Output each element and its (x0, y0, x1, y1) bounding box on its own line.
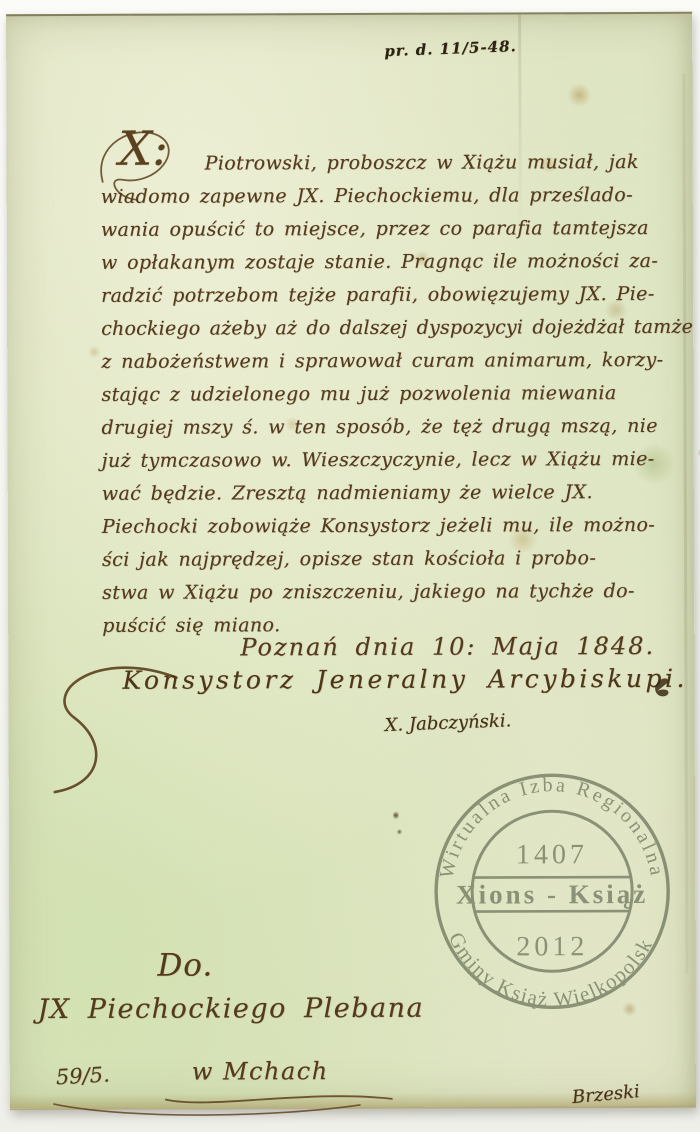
handwritten-line: z nabożeństwem i sprawował curam animaru… (101, 349, 663, 373)
opening-initial: X: (118, 122, 167, 177)
address-heading: Do. (157, 947, 213, 983)
handwritten-line: stwa w Xiążu po zniszczeniu, jakiego na … (102, 580, 635, 604)
document-scan: pr. d. 11/5-48. X: Piotrowski, proboszcz… (0, 0, 700, 1132)
stamp-place-label: Xions - Książ (456, 879, 648, 910)
clerk-name: Brzeski (571, 1081, 640, 1108)
sender-line: Konsystorz Jeneralny Arcybiskupi. (122, 664, 688, 695)
letter-page: pr. d. 11/5-48. X: Piotrowski, proboszcz… (6, 12, 696, 1110)
stamp-year-1407: 1407 (516, 839, 588, 870)
address-underline (160, 1087, 400, 1112)
received-annotation: pr. d. 11/5-48. (384, 37, 517, 60)
handwritten-line: chockiego ażeby aż do dalszej dyspozycyi… (101, 316, 693, 340)
ink-dot (397, 829, 402, 835)
file-number: 59/5. (55, 1062, 110, 1089)
handwritten-line: wać będzie. Zresztą nadmieniamy że wielc… (102, 481, 593, 505)
fold-crease (682, 74, 688, 974)
ink-dot (393, 811, 399, 820)
handwritten-line: stając z udzielonego mu już pozwolenia m… (101, 382, 616, 406)
stamp-year-2012: 2012 (516, 931, 588, 962)
handwritten-line: drugiej mszy ś. w ten sposób, że tęż dru… (101, 415, 657, 439)
date-line: Poznań dnia 10: Maja 1848. (240, 632, 655, 661)
stain (566, 84, 592, 106)
signature: X. Jabczyński. (384, 710, 511, 736)
stain (87, 346, 101, 358)
handwritten-line: Piechocki zobowiąże Konsystorz jeżeli mu… (102, 514, 655, 538)
address-line-2: w Mchach (192, 1057, 329, 1085)
handwritten-line: w opłakanym zostaje stanie. Pragnąc ile … (101, 250, 658, 274)
archive-stamp: Wirtualna Izba Regionalna Gminy Książ Wi… (430, 769, 675, 1014)
handwritten-line: Piotrowski, proboszcz w Xiążu musiał, ja… (205, 151, 639, 175)
handwritten-line: już tymczasowo w. Wieszczyczynie, lecz w… (102, 448, 655, 472)
handwritten-line: ści jak najprędzej, opisze stan kościoła… (102, 547, 596, 571)
file-number-swash (48, 1097, 368, 1120)
address-line-1: JX Piechockiego Plebana (38, 993, 425, 1025)
handwritten-line: wania opuścić to miejsce, przez co paraf… (101, 217, 649, 241)
handwritten-line: wiadomo zapewne JX. Piechockiemu, dla pr… (101, 184, 633, 208)
fold-crease (518, 14, 522, 244)
handwritten-line: radzić potrzebom tejże parafii, obowięzu… (101, 283, 655, 307)
